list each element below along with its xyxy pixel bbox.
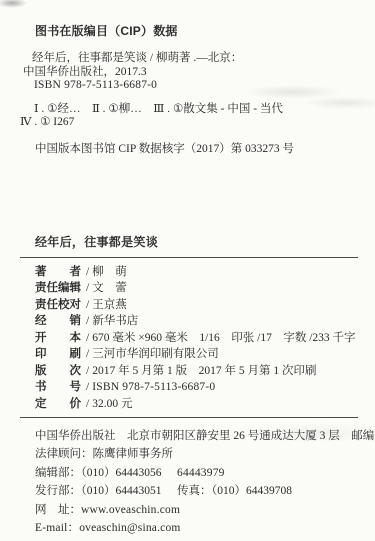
- cip-classification-line1: Ⅰ . ①经… Ⅱ . ①柳… Ⅲ . ①散文集 - 中国 - 当代: [34, 103, 358, 117]
- cip-classification-line2: Ⅳ . ① I267: [20, 116, 358, 130]
- colophon-row-printer: 印 刷/三河市华润印刷有限公司: [35, 346, 358, 363]
- colophon-row-proofreader: 责任校对/王京燕: [35, 297, 358, 314]
- cip-entry-line2: 中国华侨出版社，2017.3: [23, 66, 358, 80]
- row-value: 32.00 元: [92, 398, 132, 410]
- editorial-phone: 编辑部：（010）64443056: [35, 464, 177, 482]
- publisher-address: 中国华侨出版社 北京市朝阳区静安里 26 号通成达大厦 3 层 邮编：10002…: [35, 427, 358, 445]
- row-label: 责任编辑: [35, 280, 85, 297]
- legal-counsel: 法律顾问：陈鹰律师事务所: [35, 445, 358, 463]
- website-url: www.oveaschin.com: [81, 504, 180, 516]
- row-value: 670 毫米 ×960 毫米 1/16 印张 /17 字数 /233 千字: [92, 332, 355, 344]
- row-label: 著 者: [35, 264, 85, 281]
- cip-entry: 经年后，往事都是笑谈 / 柳萌著 .—北京： 中国华侨出版社，2017.3 IS…: [20, 52, 358, 93]
- row-value: 新华书店: [92, 315, 138, 327]
- colophon-row-author: 著 者/柳 萌: [35, 264, 358, 281]
- divider-top: [20, 257, 358, 258]
- colophon-row-isbn: 书 号/ISBN 978-7-5113-6687-0: [35, 379, 358, 396]
- cip-record-number: 中国版本图书馆 CIP 数据核字（2017）第 033273 号: [35, 140, 358, 156]
- editorial-phone-extra: 64443979: [177, 464, 225, 482]
- row-label: 版 次: [35, 363, 85, 380]
- book-title: 经年后，往事都是笑谈: [35, 233, 358, 250]
- row-value: 柳 萌: [92, 266, 127, 278]
- row-label: 责任校对: [35, 297, 85, 314]
- cip-entry-line1: 经年后，往事都是笑谈 / 柳萌著 .—北京：: [32, 52, 358, 66]
- row-label: 开 本: [35, 330, 85, 347]
- email-line: E-mail：oveaschin@sina.com: [35, 519, 358, 537]
- website-line: 网 址：www.oveaschin.com: [35, 501, 358, 519]
- row-value: 三河市华润印刷有限公司: [92, 348, 219, 360]
- row-label: 经 销: [35, 313, 85, 330]
- row-value: ISBN 978-7-5113-6687-0: [92, 381, 215, 393]
- email-address: oveaschin@sina.com: [79, 522, 180, 534]
- colophon-row-format: 开 本/670 毫米 ×960 毫米 1/16 印张 /17 字数 /233 千…: [35, 330, 358, 347]
- row-label: 书 号: [35, 379, 85, 396]
- colophon-row-price: 定 价/32.00 元: [35, 396, 358, 413]
- website-label: 网 址：: [35, 504, 81, 516]
- editorial-phone-line: 编辑部：（010）64443056 64443979: [35, 464, 358, 482]
- fax-number: 传真：（010）64439708: [177, 482, 292, 500]
- colophon-row-edition: 版 次/2017 年 5 月第 1 版 2017 年 5 月第 1 次印刷: [35, 363, 358, 380]
- row-label: 定 价: [35, 396, 85, 413]
- row-value: 2017 年 5 月第 1 版 2017 年 5 月第 1 次印刷: [92, 365, 316, 377]
- publisher-block: 中国华侨出版社 北京市朝阳区静安里 26 号通成达大厦 3 层 邮编：10002…: [35, 427, 358, 537]
- distribution-phone: 发行部：（010）64443051: [35, 482, 177, 500]
- email-label: E-mail：: [35, 522, 79, 534]
- row-label: 印 刷: [35, 346, 85, 363]
- row-value: 文 蕾: [92, 282, 127, 294]
- copyright-page: 图书在版编目（CIP）数据 经年后，往事都是笑谈 / 柳萌著 .—北京： 中国华…: [0, 0, 375, 541]
- cip-isbn: ISBN 978-7-5113-6687-0: [34, 79, 358, 93]
- cip-classification: Ⅰ . ①经… Ⅱ . ①柳… Ⅲ . ①散文集 - 中国 - 当代 Ⅳ . ①…: [20, 103, 358, 130]
- row-value: 王京燕: [92, 299, 127, 311]
- divider-bottom: [20, 417, 358, 418]
- distribution-phone-line: 发行部：（010）64443051 传真：（010）64439708: [35, 482, 358, 500]
- colophon-row-editor: 责任编辑/文 蕾: [35, 280, 358, 297]
- colophon-rows: 著 者/柳 萌 责任编辑/文 蕾 责任校对/王京燕 经 销/新华书店 开 本/6…: [35, 264, 358, 413]
- cip-heading: 图书在版编目（CIP）数据: [35, 22, 358, 39]
- colophon-row-distributor: 经 销/新华书店: [35, 313, 358, 330]
